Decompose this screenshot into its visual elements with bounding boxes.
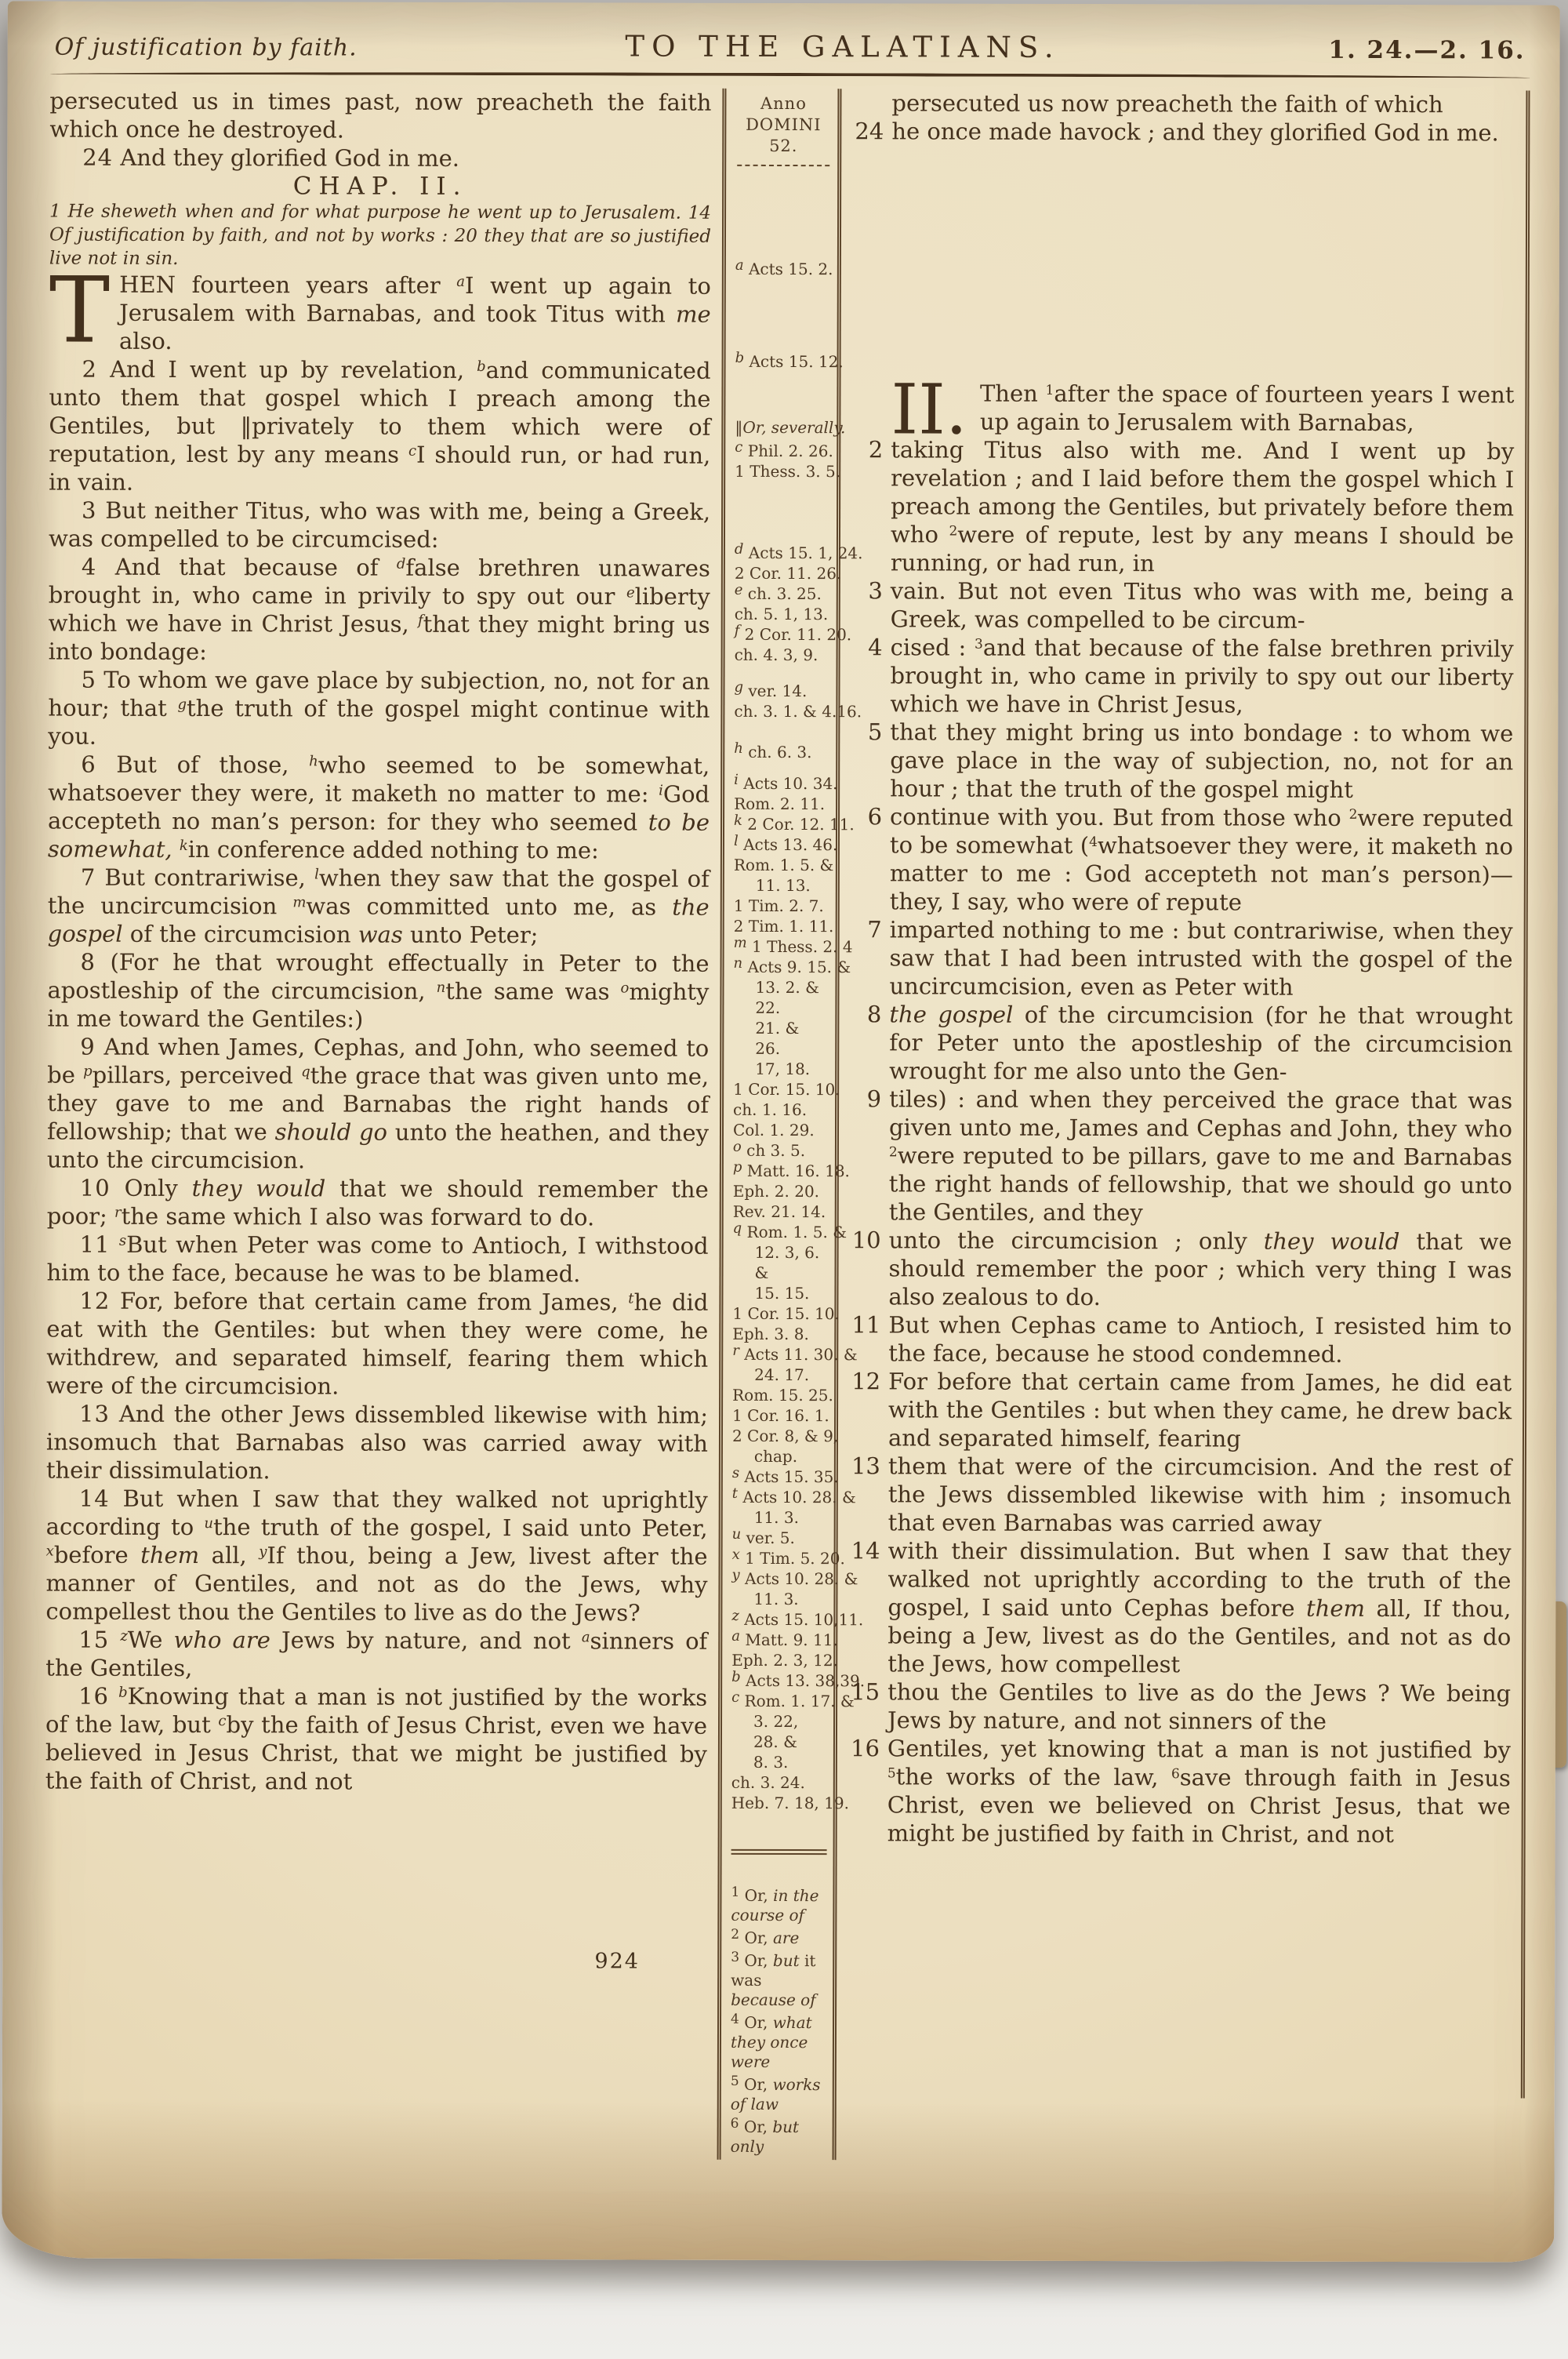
reference-line: d Acts 15. 1, 24. bbox=[735, 543, 830, 563]
reference-line: u ver. 5. bbox=[732, 1528, 828, 1548]
page-content: Of justification by faith. TO THE GALATI… bbox=[45, 28, 1530, 2162]
verse-number: 11 bbox=[80, 1231, 111, 1258]
verse: 16 bKnowing that a man is not justified … bbox=[45, 1682, 707, 1797]
reference-line: ch. 5. 1, 13. bbox=[735, 604, 830, 624]
verse-number: 9 bbox=[845, 1085, 881, 1113]
margin-note: 2 Or, are bbox=[731, 1928, 826, 1948]
reference-line: b Acts 15. 12. bbox=[735, 351, 831, 372]
verse-number: 14 bbox=[844, 1536, 880, 1565]
reference-line: a Matt. 9. 11. bbox=[731, 1630, 827, 1650]
verse: 9 And when James, Cephas, and John, who … bbox=[47, 1033, 709, 1176]
verse: 24 And they glorified God in me. bbox=[49, 144, 711, 173]
reference-line: ch. 3. 1. & 4.16. bbox=[734, 701, 829, 722]
text-columns: persecuted us in times past, now preache… bbox=[45, 87, 1530, 2162]
verse: 15 zWe who are Jews by nature, and not a… bbox=[45, 1626, 707, 1684]
note-number: 5 bbox=[731, 2074, 739, 2089]
reference-letter: s bbox=[119, 1233, 126, 1249]
verse-number: 9 bbox=[80, 1034, 96, 1060]
reference-letter: a bbox=[456, 274, 465, 290]
reference-line: 24. 17. bbox=[732, 1365, 828, 1385]
reference-line: 13. 2. & 22. bbox=[733, 977, 829, 1018]
drop-cap: T bbox=[49, 271, 120, 346]
reference-letter: i bbox=[659, 783, 663, 799]
anno-domini: Anno DOMINI 52. bbox=[735, 93, 831, 166]
reference-line: Eph. 3. 8. bbox=[732, 1324, 828, 1344]
reference-line: k 2 Cor. 12. 11. bbox=[734, 814, 829, 834]
italic-text: should go bbox=[275, 1118, 387, 1145]
reference-line: Rom. 1. 5. & bbox=[734, 855, 829, 875]
reference-group: g ver. 14.ch. 3. 1. & 4.16. bbox=[734, 681, 829, 722]
verse-number: 24 bbox=[82, 144, 113, 171]
reference-line: n Acts 9. 15. & bbox=[734, 957, 829, 977]
reference-line: 11. 3. bbox=[732, 1507, 828, 1528]
reference-group: ‖Or, severally. bbox=[735, 417, 830, 438]
rv-verse: persecuted us now preacheth the faith of… bbox=[891, 89, 1515, 118]
book-page: Of justification by faith. TO THE GALATI… bbox=[2, 1, 1560, 2262]
verse-number: 4 bbox=[847, 633, 883, 661]
references-divider bbox=[731, 1849, 827, 1855]
reference-letter: k bbox=[180, 838, 188, 854]
note-number: 4 bbox=[1089, 834, 1098, 850]
italic-text: what they once were bbox=[731, 2013, 812, 2071]
reference-letter: a bbox=[731, 1628, 740, 1645]
verse-number: 8 bbox=[845, 1000, 881, 1028]
reference-letter: n bbox=[437, 980, 446, 996]
reference-letter: o bbox=[733, 1139, 742, 1155]
rv-verse: 12For before that certain came from Jame… bbox=[888, 1367, 1512, 1453]
note-number: 3 bbox=[731, 1950, 739, 1965]
reference-line: 3. 22, 28. & bbox=[731, 1711, 827, 1752]
rv-verse: 4cised : 3and that because of the false … bbox=[890, 633, 1513, 719]
reference-line: a Acts 15. 2. bbox=[735, 259, 831, 279]
margin-note: 5 Or, works of law bbox=[731, 2075, 826, 2114]
reference-line: 12. 3, 6. & bbox=[732, 1242, 828, 1283]
reference-letter: u bbox=[732, 1526, 742, 1543]
reference-line: 8. 3. bbox=[731, 1752, 827, 1772]
margin-note: 4 Or, what they once were bbox=[731, 2013, 826, 2072]
margin-note: 6 Or, but only bbox=[731, 2117, 826, 2157]
reference-letter: d bbox=[397, 556, 406, 572]
reference-line: x 1 Tim. 5. 20. bbox=[732, 1548, 828, 1568]
reference-letter: c bbox=[735, 439, 742, 456]
note-number: 2 bbox=[731, 1927, 739, 1943]
verse: 7 But contrariwise, lwhen they saw that … bbox=[48, 863, 710, 950]
verse: THEN fourteen years after aI went up aga… bbox=[49, 271, 711, 357]
verse: 14 But when I saw that they walked not u… bbox=[45, 1485, 707, 1627]
note-number: 6 bbox=[731, 2116, 739, 2132]
rv-verse: 8the gospel of the circumcision (for he … bbox=[889, 1000, 1512, 1086]
verse-number: 10 bbox=[845, 1226, 881, 1254]
reference-line: 21. & 26. bbox=[733, 1018, 829, 1059]
verse: 4 And that because of dfalse brethren un… bbox=[49, 553, 710, 667]
reference-letter: h bbox=[309, 754, 318, 770]
reference-line: c Phil. 2. 26. bbox=[735, 441, 830, 461]
reference-line: 1 Cor. 15. 10. bbox=[732, 1303, 828, 1324]
reference-line: 2 Cor. 11. 26. bbox=[735, 563, 830, 583]
italic-text: Or, severally. bbox=[742, 418, 845, 437]
reference-letter: g bbox=[178, 696, 187, 713]
rv-chapter-2: II.Then 1after the space of fourteen yea… bbox=[887, 379, 1515, 1848]
verse-number: 5 bbox=[846, 718, 882, 746]
reference-line: 1 Cor. 15. 10. bbox=[733, 1079, 829, 1100]
reference-letter: s bbox=[732, 1465, 739, 1481]
note-number: 2 bbox=[1349, 807, 1358, 823]
reference-letter: o bbox=[621, 980, 630, 997]
note-number: 2 bbox=[949, 524, 957, 540]
verse-number: 16 bbox=[78, 1683, 109, 1710]
verse-number: 5 bbox=[81, 667, 96, 693]
reference-letter: q bbox=[733, 1220, 742, 1237]
reference-line: 17, 18. bbox=[733, 1059, 829, 1079]
reference-letter: l bbox=[314, 867, 319, 883]
rv-verse: Then 1after the space of fourteen years … bbox=[891, 379, 1514, 437]
italic-text: me bbox=[676, 301, 711, 328]
reference-letter: t bbox=[732, 1485, 738, 1502]
reference-group: i Acts 10. 34.Rom. 2. 11.k 2 Cor. 12. 11… bbox=[731, 773, 829, 1813]
reference-line: Eph. 2. 3, 12. bbox=[731, 1650, 827, 1670]
verse-number: 7 bbox=[81, 864, 96, 891]
rv-column: persecuted us now preacheth the faith of… bbox=[837, 89, 1530, 2098]
reference-line: s Acts 15. 35. bbox=[732, 1467, 828, 1487]
verse-number: 3 bbox=[847, 576, 883, 605]
reference-letter: f bbox=[418, 612, 423, 629]
verse-number: 6 bbox=[81, 751, 96, 778]
reference-line: Rev. 21. 14. bbox=[733, 1201, 829, 1222]
note-number: 5 bbox=[887, 1766, 896, 1782]
anno-line: DOMINI bbox=[735, 114, 831, 136]
reference-line: y Acts 10. 28. & bbox=[731, 1568, 827, 1589]
verse: 2 And I went up by revelation, band comm… bbox=[49, 355, 710, 498]
reference-letter: b bbox=[731, 1669, 741, 1685]
anno-line: 52. bbox=[735, 136, 831, 157]
reference-line: i Acts 10. 34. bbox=[734, 773, 829, 794]
verse-number: 11 bbox=[844, 1310, 880, 1339]
verse: 8 (For he that wrought effectually in Pe… bbox=[47, 948, 709, 1034]
running-head-left: Of justification by faith. bbox=[55, 34, 358, 62]
italic-text: because of bbox=[731, 1990, 816, 2009]
chapter-heading: CHAP. II. bbox=[49, 172, 711, 202]
verse-number: 14 bbox=[79, 1485, 110, 1512]
rv-carryover: persecuted us now preacheth the faith of… bbox=[891, 89, 1515, 147]
reference-group: d Acts 15. 1, 24.2 Cor. 11. 26.e ch. 3. … bbox=[735, 543, 830, 665]
reference-line: e ch. 3. 25. bbox=[735, 583, 830, 604]
reference-line: 1 Cor. 16. 1. bbox=[732, 1405, 828, 1426]
reference-line: Heb. 7. 18, 19. bbox=[731, 1793, 827, 1813]
note-number: 2 bbox=[889, 1145, 898, 1161]
verse: 3 But neither Titus, who was with me, be… bbox=[49, 496, 710, 554]
rv-verse: 5that they might bring us into bondage :… bbox=[890, 718, 1513, 804]
reference-group: a Acts 15. 2. bbox=[735, 259, 831, 279]
reference-line: c Rom. 1. 17. & bbox=[731, 1691, 827, 1711]
reference-line: 1 Tim. 2. 7. bbox=[734, 896, 829, 916]
reference-letter: a bbox=[582, 1630, 590, 1646]
verse-number: 2 bbox=[847, 435, 883, 463]
reference-letter: g bbox=[734, 679, 743, 696]
italic-text: them bbox=[140, 1542, 199, 1568]
reference-line: p Matt. 16. 18. bbox=[733, 1161, 829, 1181]
verse-number: 13 bbox=[79, 1401, 110, 1427]
italic-text: but bbox=[773, 1951, 800, 1970]
reference-letter: c bbox=[218, 1713, 226, 1729]
center-reference-column: Anno DOMINI 52. a Acts 15. 2.b Acts 15. … bbox=[717, 89, 842, 2160]
reference-letter: b bbox=[735, 350, 745, 366]
reference-letter: e bbox=[626, 585, 635, 602]
verse-number: 6 bbox=[846, 802, 882, 831]
reference-letter: z bbox=[731, 1608, 739, 1624]
reference-letter: m bbox=[292, 895, 306, 911]
reference-letter: i bbox=[734, 772, 739, 788]
reference-line: 1 Thess. 3. 5. bbox=[735, 461, 830, 482]
reference-line: Rom. 2. 11. bbox=[734, 794, 829, 814]
reference-letter: q bbox=[301, 1064, 310, 1081]
italic-text: are bbox=[773, 1928, 799, 1947]
reference-letter: f bbox=[735, 623, 740, 639]
reference-letter: d bbox=[735, 541, 744, 558]
verse: 11 sBut when Peter was come to Antioch, … bbox=[46, 1230, 708, 1289]
rv-verse: 11But when Cephas came to Antioch, I res… bbox=[888, 1310, 1512, 1369]
rv-verse: 9tiles) : and when they perceived the gr… bbox=[889, 1085, 1512, 1227]
reference-line: ‖Or, severally. bbox=[735, 417, 830, 438]
rv-verse: 15thou the Gentiles to live as do the Je… bbox=[887, 1677, 1511, 1736]
reference-line: t Acts 10. 28. & bbox=[732, 1487, 828, 1507]
verse-number: 16 bbox=[844, 1734, 880, 1762]
reference-letter: e bbox=[735, 582, 743, 598]
reference-letter: h bbox=[734, 740, 743, 757]
rv-verse: 10unto the circumcision ; only they woul… bbox=[888, 1226, 1512, 1312]
reference-line: ch. 3. 24. bbox=[731, 1772, 827, 1793]
reference-line: Eph. 2. 20. bbox=[733, 1181, 829, 1201]
anno-line: Anno bbox=[735, 93, 831, 114]
header-rule bbox=[50, 71, 1530, 78]
reference-line: chap. bbox=[732, 1446, 828, 1467]
rv-verse: 14with their dissimulation. But when I s… bbox=[887, 1536, 1511, 1679]
reference-letter: z bbox=[120, 1628, 128, 1645]
rv-verse: 16Gentiles, yet knowing that a man is no… bbox=[887, 1734, 1511, 1848]
rv-verse: 2taking Titus also with me. And I went u… bbox=[891, 435, 1514, 578]
verse: 13 And the other Jews dissembled likewis… bbox=[46, 1400, 708, 1486]
reference-letter: x bbox=[46, 1543, 54, 1560]
italic-text: who are bbox=[173, 1627, 270, 1653]
reference-line: f 2 Cor. 11. 20. bbox=[735, 624, 830, 645]
reference-line: m 1 Thess. 2. 4 bbox=[734, 936, 829, 957]
reference-group: c Phil. 2. 26.1 Thess. 3. 5. bbox=[735, 441, 830, 482]
verse-number: 24 bbox=[848, 117, 884, 145]
verse-number: 15 bbox=[78, 1627, 109, 1653]
reference-letter: a bbox=[735, 257, 744, 274]
reference-line: z Acts 15. 10,11. bbox=[731, 1609, 827, 1630]
reference-line: o ch 3. 5. bbox=[733, 1140, 829, 1161]
cross-references: a Acts 15. 2.b Acts 15. 12.‖Or, severall… bbox=[731, 259, 831, 1813]
italic-text: the gospel bbox=[889, 1001, 1013, 1027]
reference-letter: t bbox=[628, 1291, 633, 1307]
rv-verse: 24he once made havock ; and they glorifi… bbox=[891, 117, 1515, 147]
anno-rule bbox=[737, 165, 829, 166]
note-number: 1 bbox=[1046, 383, 1054, 398]
reference-line: Rom. 15. 25. bbox=[732, 1385, 828, 1405]
verse-number: 12 bbox=[844, 1367, 880, 1395]
reference-letter: u bbox=[204, 1515, 213, 1532]
reference-letter: l bbox=[734, 833, 739, 849]
margin-note: 3 Or, but it was because of bbox=[731, 1951, 826, 2010]
italic-text: them bbox=[1306, 1595, 1365, 1622]
note-number: 6 bbox=[1171, 1767, 1180, 1783]
rv-verse: 6continue with you. But from those who 2… bbox=[890, 802, 1513, 917]
reference-line: 11. 3. bbox=[731, 1589, 827, 1609]
verse-range: 1. 24.—2. 16. bbox=[1328, 36, 1525, 65]
reference-line: 11. 13. bbox=[734, 875, 829, 896]
verse-number: 13 bbox=[844, 1452, 880, 1480]
kjv-column: persecuted us in times past, now preache… bbox=[45, 87, 723, 1797]
margin-note: 1 Or, in the course of bbox=[731, 1886, 826, 1925]
rv-verse: 7imparted nothing to me : but contrariwi… bbox=[889, 915, 1512, 1001]
italic-text: works of law bbox=[731, 2075, 821, 2114]
italic-text: was bbox=[358, 921, 403, 948]
italic-text: but only bbox=[731, 2117, 800, 2156]
reference-letter: x bbox=[732, 1547, 740, 1563]
verse: 10 Only they would that we should rememb… bbox=[47, 1174, 709, 1232]
italic-text: He sheweth when and for what purpose he … bbox=[49, 202, 711, 269]
running-header: Of justification by faith. TO THE GALATI… bbox=[50, 28, 1530, 66]
chapter-summary: 1 He sheweth when and for what purpose h… bbox=[49, 200, 711, 272]
reference-line: ch. 1. 16. bbox=[733, 1100, 829, 1120]
kjv-verses: THEN fourteen years after aI went up aga… bbox=[45, 271, 711, 1797]
verse: 6 But of those, hwho seemed to be somewh… bbox=[48, 751, 710, 865]
reference-letter: n bbox=[734, 955, 743, 972]
italic-text: in the course of bbox=[731, 1886, 818, 1925]
reference-line: ch. 4. 3, 9. bbox=[735, 645, 830, 665]
reference-line: Col. 1. 29. bbox=[733, 1120, 829, 1140]
italic-text: they would bbox=[192, 1175, 326, 1201]
margin-notes: 1 Or, in the course of2 Or, are3 Or, but… bbox=[731, 1886, 827, 2157]
reference-letter: r bbox=[732, 1343, 739, 1359]
page-title: TO THE GALATIANS. bbox=[625, 29, 1060, 64]
reference-letter: m bbox=[734, 935, 747, 951]
verse-number: 7 bbox=[846, 915, 882, 943]
reference-letter: c bbox=[408, 443, 416, 460]
reference-line: l Acts 13. 46. bbox=[734, 834, 829, 855]
reference-letter: y bbox=[259, 1544, 267, 1561]
verse: 12 For, before that certain came from Ja… bbox=[46, 1287, 708, 1401]
rv-verse: 13them that were of the circumcision. An… bbox=[888, 1452, 1512, 1538]
italic-text: to be somewhat, bbox=[48, 809, 710, 863]
verse-number: 4 bbox=[82, 554, 97, 580]
verse-number: 2 bbox=[82, 356, 97, 383]
reference-line: 2 Tim. 1. 11. bbox=[734, 916, 829, 936]
page-number: 924 bbox=[531, 1949, 703, 1974]
note-number: 1 bbox=[731, 1885, 739, 1900]
verse-number: 3 bbox=[82, 497, 97, 524]
verse: persecuted us in times past, now preache… bbox=[49, 87, 711, 145]
italic-text: they would bbox=[1264, 1228, 1400, 1255]
reference-group: b Acts 15. 12. bbox=[735, 351, 831, 372]
reference-letter: r bbox=[114, 1205, 122, 1221]
verse: 5 To whom we gave place by subjection, n… bbox=[48, 666, 710, 752]
reference-letter: p bbox=[83, 1063, 93, 1080]
verse-number: 15 bbox=[844, 1677, 880, 1706]
reference-letter: y bbox=[731, 1567, 739, 1583]
reference-line: 2 Cor. 8, & 9, bbox=[732, 1426, 828, 1446]
reference-letter: b bbox=[477, 358, 486, 375]
reference-letter: b bbox=[118, 1685, 128, 1701]
reference-line: h ch. 6. 3. bbox=[734, 742, 829, 762]
verse-number: 10 bbox=[80, 1175, 111, 1201]
reference-line: 15. 15. bbox=[732, 1283, 828, 1303]
reference-letter: c bbox=[731, 1689, 739, 1706]
rv-verse: 3vain. But not even Titus who was with m… bbox=[891, 576, 1514, 634]
note-number: 3 bbox=[975, 637, 983, 652]
reference-letter: k bbox=[734, 812, 742, 829]
verse-number: 12 bbox=[79, 1288, 110, 1314]
note-number: 4 bbox=[731, 2012, 739, 2027]
reference-letter: p bbox=[733, 1159, 742, 1176]
reference-line: b Acts 13. 38,39. bbox=[731, 1670, 827, 1691]
reference-line: q Rom. 1. 5. & bbox=[733, 1222, 829, 1242]
reference-line: r Acts 11. 30. & bbox=[732, 1344, 828, 1365]
reference-line: g ver. 14. bbox=[734, 681, 829, 701]
verse-number: 8 bbox=[81, 949, 96, 976]
reference-group: h ch. 6. 3. bbox=[734, 742, 829, 762]
kjv-carryover: persecuted us in times past, now preache… bbox=[49, 87, 711, 173]
